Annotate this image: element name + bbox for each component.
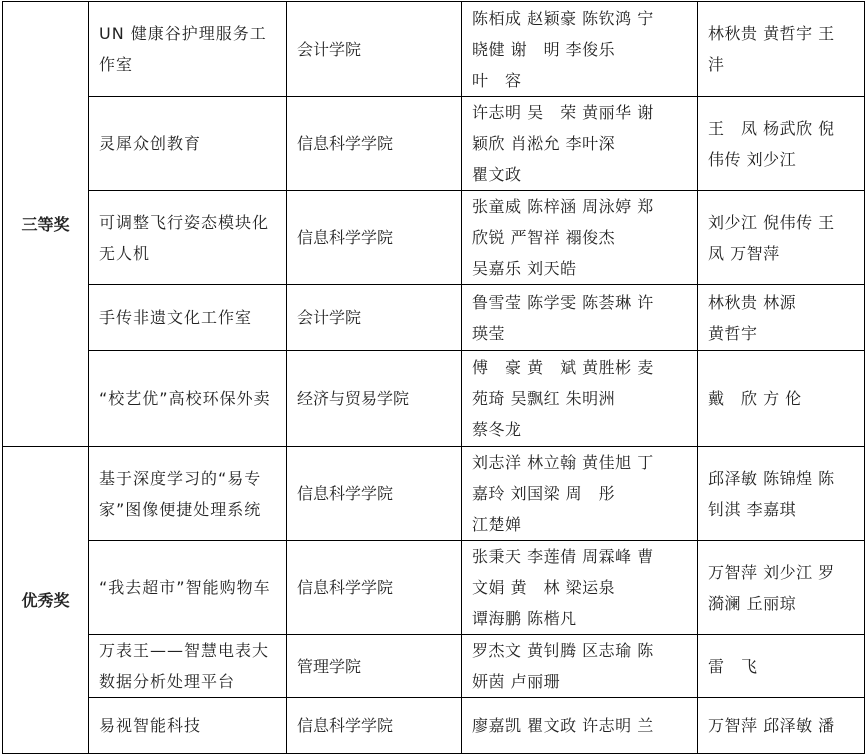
award-level: 三等奖 [21, 215, 69, 234]
team-members: 张童威 陈梓涵 周泳婷 郑欣锐 严智祥 禤俊杰吴嘉乐 刘天皓 [462, 191, 698, 285]
award-level: 优秀奖 [21, 591, 69, 610]
member-line: 廖嘉凯 瞿文政 许志明 兰 [472, 710, 687, 741]
advisor-line: 戴 欣 方 伦 [708, 383, 854, 414]
table-row: 手传非遗文化工作室 会计学院 鲁雪莹 陈学雯 陈荟琳 许瑛莹 林秋贵 林源黄哲宇 [3, 285, 865, 351]
college-name: 管理学院 [287, 635, 462, 698]
member-line: 许志明 吴 荣 黄丽华 谢 [472, 97, 687, 128]
college-name: 信息科学学院 [287, 541, 462, 635]
advisor-line: 万智萍 刘少江 罗 [708, 557, 854, 588]
team-members: 许志明 吴 荣 黄丽华 谢颖欣 肖淞允 李叶深瞿文政 [462, 97, 698, 191]
table-row: 可调整飞行姿态模块化无人机 信息科学学院 张童威 陈梓涵 周泳婷 郑欣锐 严智祥… [3, 191, 865, 285]
advisors: 林秋贵 林源黄哲宇 [698, 285, 865, 351]
member-line: 欣锐 严智祥 禤俊杰 [472, 222, 687, 253]
member-line: 江楚婵 [472, 509, 687, 540]
advisor-line: 漪澜 丘丽琼 [708, 588, 854, 619]
advisor-line: 钊淇 李嘉琪 [708, 494, 854, 525]
advisors: 林秋贵 黄哲宇 王沣 [698, 2, 865, 97]
college-name: 会计学院 [287, 2, 462, 97]
table-row: 万表王——智慧电表大数据分析处理平台 管理学院 罗杰文 黄钊腾 区志瑜 陈妍茵 … [3, 635, 865, 698]
advisor-line: 雷 飞 [708, 651, 854, 682]
award-level-cell: 三等奖 [3, 2, 89, 447]
college-name: 信息科学学院 [287, 97, 462, 191]
table-row: “我去超市”智能购物车 信息科学学院 张秉天 李莲倩 周霖峰 曹文娟 黄 林 梁… [3, 541, 865, 635]
advisor-line: 万智萍 邱泽敏 潘 [708, 710, 854, 741]
advisors: 万智萍 刘少江 罗漪澜 丘丽琼 [698, 541, 865, 635]
member-line: 文娟 黄 林 梁运泉 [472, 572, 687, 603]
project-name: UN 健康谷护理服务工作室 [89, 2, 287, 97]
advisors: 王 凤 杨武欣 倪伟传 刘少江 [698, 97, 865, 191]
awards-table: 三等奖 UN 健康谷护理服务工作室 会计学院 陈栢成 赵颖豪 陈钦鸿 宁晓健 谢… [2, 1, 865, 754]
advisors: 戴 欣 方 伦 [698, 351, 865, 447]
advisor-line: 邱泽敏 陈锦煌 陈 [708, 463, 854, 494]
team-members: 罗杰文 黄钊腾 区志瑜 陈妍茵 卢丽珊 [462, 635, 698, 698]
college-name: 信息科学学院 [287, 698, 462, 754]
project-name: 易视智能科技 [89, 698, 287, 754]
advisor-line: 林秋贵 林源 [708, 287, 854, 318]
advisors: 刘少江 倪伟传 王凤 万智萍 [698, 191, 865, 285]
table-row: 灵犀众创教育 信息科学学院 许志明 吴 荣 黄丽华 谢颖欣 肖淞允 李叶深瞿文政… [3, 97, 865, 191]
advisors: 邱泽敏 陈锦煌 陈钊淇 李嘉琪 [698, 447, 865, 541]
member-line: 鲁雪莹 陈学雯 陈荟琳 许 [472, 287, 687, 318]
advisors: 雷 飞 [698, 635, 865, 698]
advisor-line: 凤 万智萍 [708, 238, 854, 269]
project-name: “校艺优”高校环保外卖 [89, 351, 287, 447]
member-line: 张童威 陈梓涵 周泳婷 郑 [472, 191, 687, 222]
table-row: 易视智能科技 信息科学学院 廖嘉凯 瞿文政 许志明 兰 万智萍 邱泽敏 潘 [3, 698, 865, 754]
advisors: 万智萍 邱泽敏 潘 [698, 698, 865, 754]
member-line: 颖欣 肖淞允 李叶深 [472, 128, 687, 159]
advisor-line: 伟传 刘少江 [708, 144, 854, 175]
member-line: 刘志洋 林立翰 黄佳旭 丁 [472, 447, 687, 478]
advisor-line: 刘少江 倪伟传 王 [708, 207, 854, 238]
member-line: 罗杰文 黄钊腾 区志瑜 陈 [472, 635, 687, 666]
member-line: 吴嘉乐 刘天皓 [472, 253, 687, 284]
member-line: 嘉玲 刘国梁 周 彤 [472, 478, 687, 509]
advisor-line: 黄哲宇 [708, 318, 854, 349]
team-members: 张秉天 李莲倩 周霖峰 曹文娟 黄 林 梁运泉谭海鹏 陈楷凡 [462, 541, 698, 635]
team-members: 鲁雪莹 陈学雯 陈荟琳 许瑛莹 [462, 285, 698, 351]
college-name: 信息科学学院 [287, 447, 462, 541]
college-name: 经济与贸易学院 [287, 351, 462, 447]
member-line: 苑琦 吴飘红 朱明洲 [472, 383, 687, 414]
team-members: 刘志洋 林立翰 黄佳旭 丁嘉玲 刘国梁 周 彤江楚婵 [462, 447, 698, 541]
member-line: 叶 容 [472, 65, 687, 96]
member-line: 妍茵 卢丽珊 [472, 666, 687, 697]
college-name: 信息科学学院 [287, 191, 462, 285]
member-line: 谭海鹏 陈楷凡 [472, 603, 687, 634]
table-row: 三等奖 UN 健康谷护理服务工作室 会计学院 陈栢成 赵颖豪 陈钦鸿 宁晓健 谢… [3, 2, 865, 97]
member-line: 瑛莹 [472, 318, 687, 349]
team-members: 傅 豪 黄 斌 黄胜彬 麦苑琦 吴飘红 朱明洲蔡冬龙 [462, 351, 698, 447]
project-name: 可调整飞行姿态模块化无人机 [89, 191, 287, 285]
member-line: 瞿文政 [472, 159, 687, 190]
advisor-line: 王 凤 杨武欣 倪 [708, 113, 854, 144]
project-name: 手传非遗文化工作室 [89, 285, 287, 351]
advisor-line: 沣 [708, 49, 854, 80]
project-name: “我去超市”智能购物车 [89, 541, 287, 635]
table-row: “校艺优”高校环保外卖 经济与贸易学院 傅 豪 黄 斌 黄胜彬 麦苑琦 吴飘红 … [3, 351, 865, 447]
award-level-cell: 优秀奖 [3, 447, 89, 754]
member-line: 蔡冬龙 [472, 414, 687, 445]
team-members: 陈栢成 赵颖豪 陈钦鸿 宁晓健 谢 明 李俊乐叶 容 [462, 2, 698, 97]
project-name: 灵犀众创教育 [89, 97, 287, 191]
college-name: 会计学院 [287, 285, 462, 351]
member-line: 陈栢成 赵颖豪 陈钦鸿 宁 [472, 3, 687, 34]
member-line: 傅 豪 黄 斌 黄胜彬 麦 [472, 352, 687, 383]
team-members: 廖嘉凯 瞿文政 许志明 兰 [462, 698, 698, 754]
advisor-line: 林秋贵 黄哲宇 王 [708, 18, 854, 49]
member-line: 张秉天 李莲倩 周霖峰 曹 [472, 541, 687, 572]
project-name: 万表王——智慧电表大数据分析处理平台 [89, 635, 287, 698]
table-row: 优秀奖 基于深度学习的“易专家”图像便捷处理系统 信息科学学院 刘志洋 林立翰 … [3, 447, 865, 541]
project-name: 基于深度学习的“易专家”图像便捷处理系统 [89, 447, 287, 541]
member-line: 晓健 谢 明 李俊乐 [472, 34, 687, 65]
